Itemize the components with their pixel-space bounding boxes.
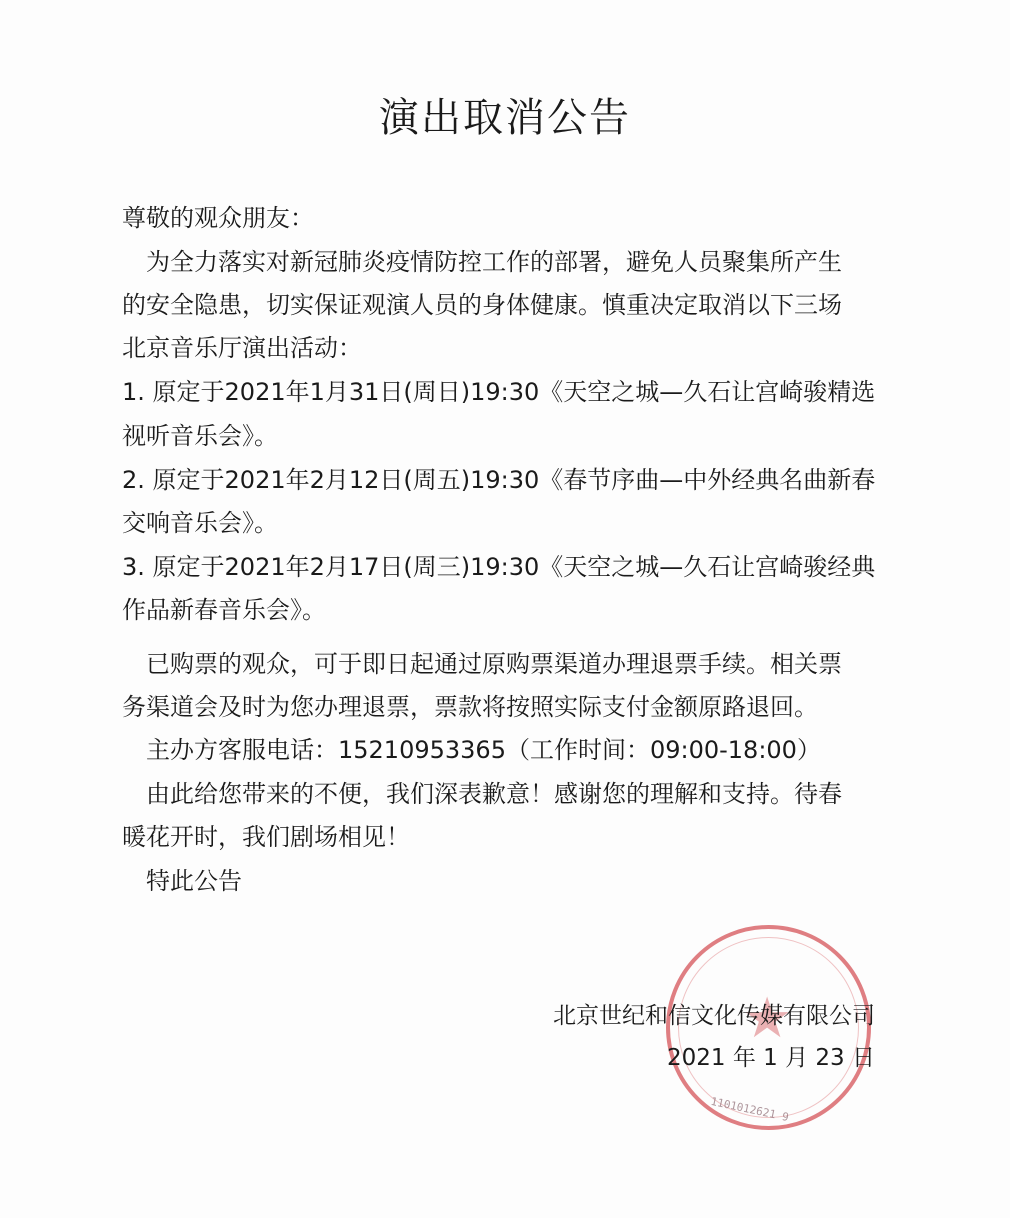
signature-date: 2021 年 1 月 23 日: [667, 1043, 875, 1073]
signature-company: 北京世纪和信文化传媒有限公司: [553, 1001, 875, 1031]
event-item-1-cont: 视听音乐会》。: [122, 421, 882, 451]
document-title: 演出取消公告: [0, 86, 1010, 143]
greeting: 尊敬的观众朋友：: [122, 203, 882, 233]
hotline: 主办方客服电话：15210953365（工作时间：09:00-18:00）: [146, 735, 906, 765]
event-item-2: 2. 原定于2021年2月12日(周五)19:30《春节序曲—中外经典名曲新春: [122, 465, 882, 495]
refund-line: 已购票的观众，可于即日起通过原购票渠道办理退票手续。相关票: [146, 649, 906, 679]
event-item-1: 1. 原定于2021年1月31日(周日)19:30《天空之城—久石让宫崎骏精选: [122, 377, 882, 407]
event-item-3: 3. 原定于2021年2月17日(周三)19:30《天空之城—久石让宫崎骏经典: [122, 552, 882, 582]
apology-line: 由此给您带来的不便，我们深表歉意！感谢您的理解和支持。待春: [146, 779, 906, 809]
document-page: 演出取消公告 尊敬的观众朋友： 为全力落实对新冠肺炎疫情防控工作的部署，避免人员…: [0, 0, 1010, 1218]
event-item-2-cont: 交响音乐会》。: [122, 508, 882, 538]
paragraph-line: 的安全隐患，切实保证观演人员的身体健康。慎重决定取消以下三场: [122, 290, 882, 320]
refund-line: 务渠道会及时为您办理退票，票款将按照实际支付金额原路退回。: [122, 692, 882, 722]
apology-line: 暖花开时，我们剧场相见！: [122, 822, 882, 852]
paragraph-line: 北京音乐厅演出活动：: [122, 333, 882, 363]
paragraph-line: 为全力落实对新冠肺炎疫情防控工作的部署，避免人员聚集所产生: [146, 247, 906, 277]
event-item-3-cont: 作品新春音乐会》。: [122, 595, 882, 625]
closing: 特此公告: [146, 866, 906, 896]
